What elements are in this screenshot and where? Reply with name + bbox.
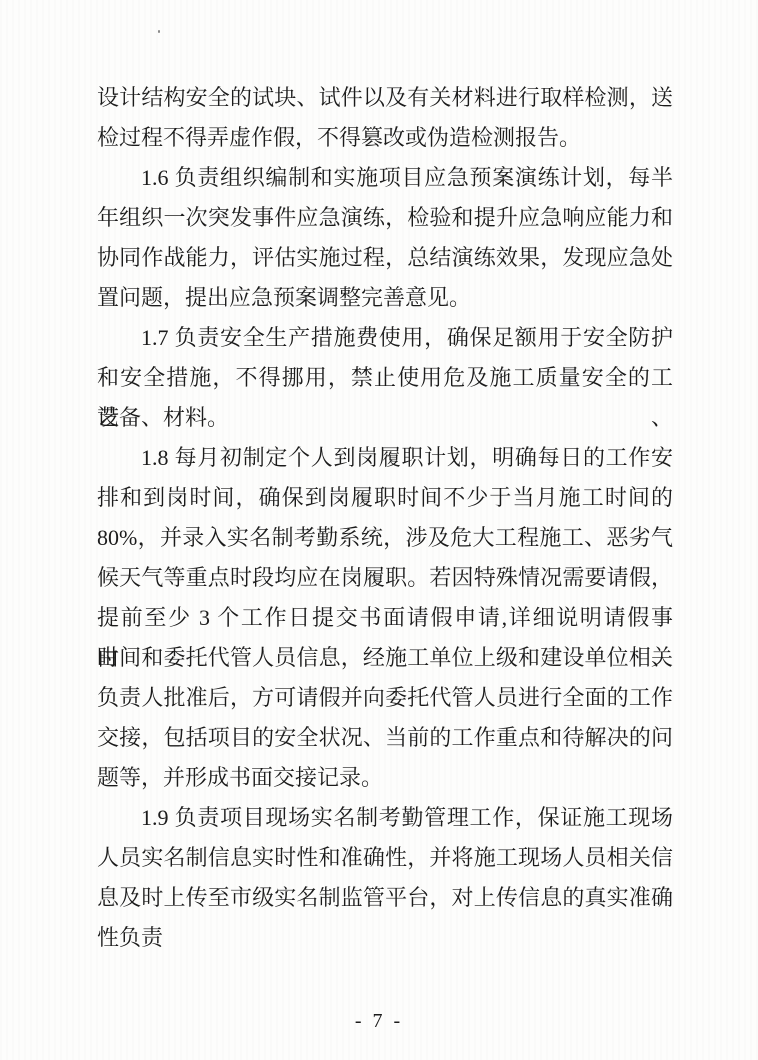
text-line: 题等，并形成书面交接记录。: [97, 758, 673, 798]
text-line: 时间和委托代管人员信息，经施工单位上级和建设单位相关: [97, 638, 673, 678]
text-line: 协同作战能力，评估实施过程，总结演练效果，发现应急处: [97, 238, 673, 278]
text-line: 检过程不得弄虚作假，不得篡改或伪造检测报告。: [97, 118, 673, 158]
text-line: 人员实名制信息实时性和准确性，并将施工现场人员相关信: [97, 838, 673, 878]
text-line: 候天气等重点时段均应在岗履职。若因特殊情况需要请假，: [97, 558, 673, 598]
scan-speck: [158, 30, 160, 33]
text-line: 和安全措施，不得挪用，禁止使用危及施工质量安全的工艺、: [97, 358, 673, 398]
text-line: 负责人批准后，方可请假并向委托代管人员进行全面的工作: [97, 678, 673, 718]
text-line: 80%，并录入实名制考勤系统，涉及危大工程施工、恶劣气: [97, 518, 673, 558]
page-number: - 7 -: [0, 1001, 758, 1041]
text-line: 1.6 负责组织编制和实施项目应急预案演练计划，每半: [97, 158, 673, 198]
text-line: 1.7 负责安全生产措施费使用，确保足额用于安全防护: [97, 318, 673, 358]
text-line: 1.8 每月初制定个人到岗履职计划，明确每日的工作安: [97, 438, 673, 478]
text-line: 1.9 负责项目现场实名制考勤管理工作，保证施工现场: [97, 798, 673, 838]
text-line: 置问题，提出应急预案调整完善意见。: [97, 278, 673, 318]
text-line: 提前至少 3 个工作日提交书面请假申请,详细说明请假事由、: [97, 598, 673, 638]
text-line: 年组织一次突发事件应急演练，检验和提升应急响应能力和: [97, 198, 673, 238]
text-line: 性负责: [97, 918, 673, 958]
text-line: 设计结构安全的试块、试件以及有关材料进行取样检测，送: [97, 78, 673, 118]
text-line: 息及时上传至市级实名制监管平台，对上传信息的真实准确: [97, 878, 673, 918]
document-page: 设计结构安全的试块、试件以及有关材料进行取样检测，送检过程不得弄虚作假，不得篡改…: [0, 0, 758, 1060]
text-line: 交接，包括项目的安全状况、当前的工作重点和待解决的问: [97, 718, 673, 758]
text-block: 设计结构安全的试块、试件以及有关材料进行取样检测，送检过程不得弄虚作假，不得篡改…: [97, 78, 673, 958]
text-line: 排和到岗时间，确保到岗履职时间不少于当月施工时间的: [97, 478, 673, 518]
